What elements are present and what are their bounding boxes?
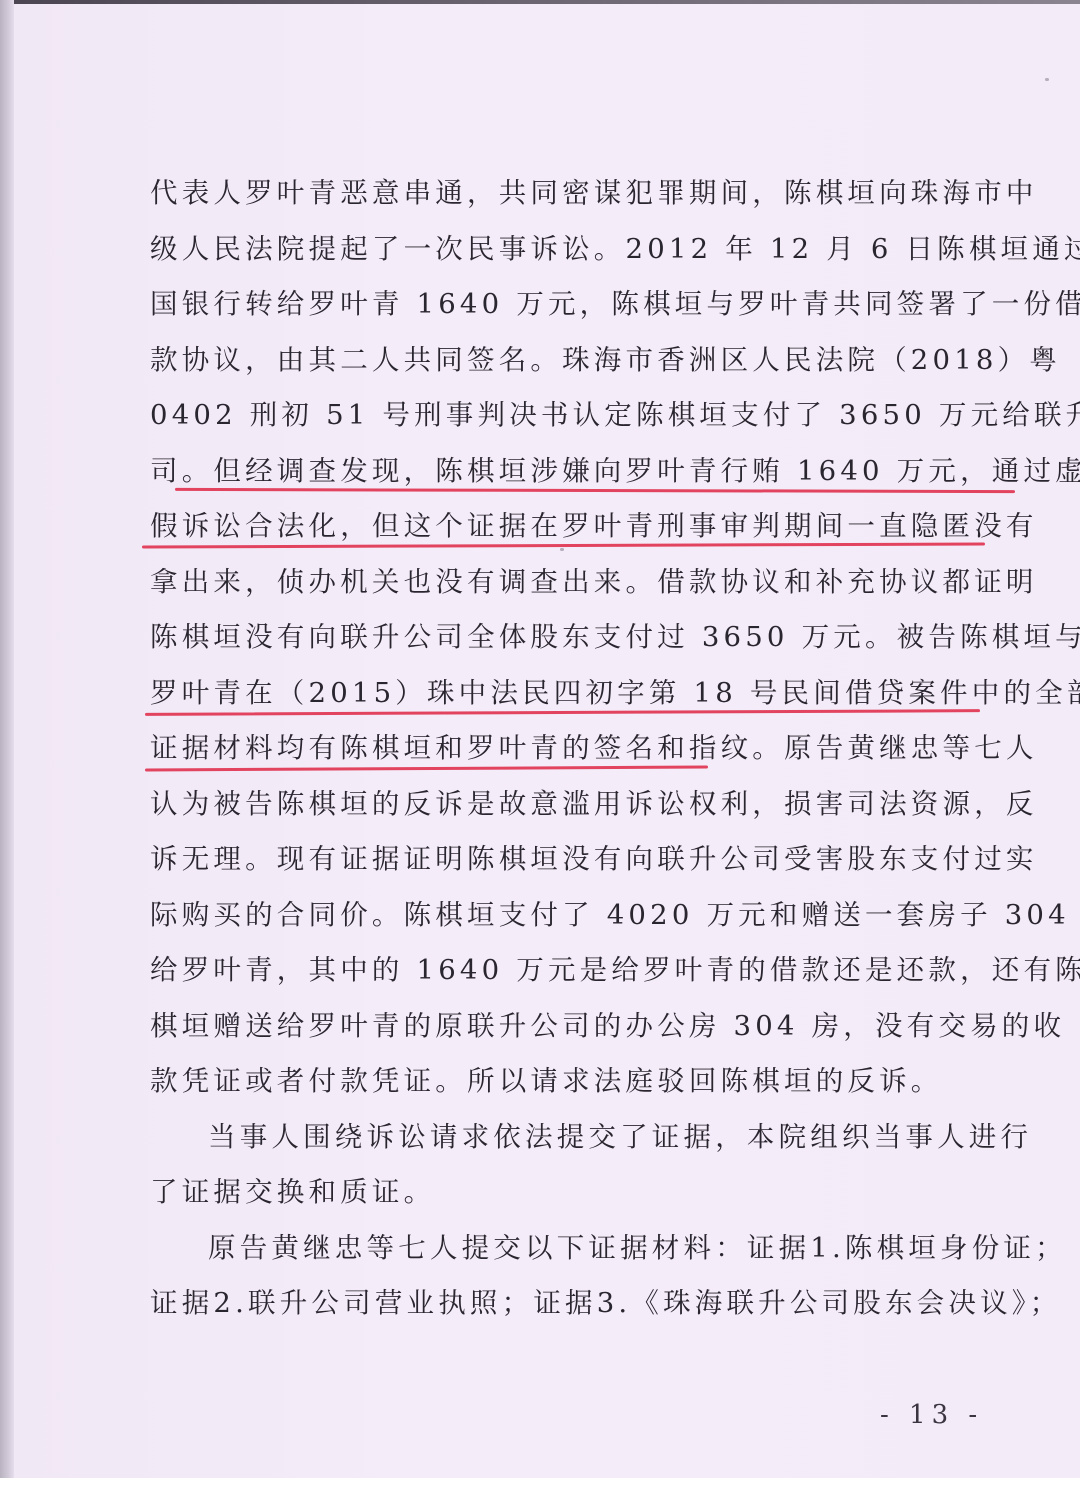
text-line: 诉无理。现有证据证明陈棋垣没有向联升公司受害股东支付过实 [150, 832, 960, 888]
text-line: 棋垣赠送给罗叶青的原联升公司的办公房 304 房，没有交易的收 [150, 999, 960, 1055]
text-line: 级人民法院提起了一次民事诉讼。2012 年 12 月 6 日陈棋垣通过中 [150, 222, 960, 278]
scan-speck [1045, 78, 1049, 81]
page-bottom-margin [0, 1478, 1080, 1498]
page-number: - 13 - [880, 1400, 983, 1430]
document-body: 代表人罗叶青恶意串通，共同密谋犯罪期间，陈棋垣向珠海市中 级人民法院提起了一次民… [150, 166, 960, 1332]
text-line: 认为被告陈棋垣的反诉是故意滥用诉讼权利，损害司法资源，反 [150, 777, 960, 833]
text-line: 际购买的合同价。陈棋垣支付了 4020 万元和赠送一套房子 304 房 [150, 888, 960, 944]
text-line: 款协议，由其二人共同签名。珠海市香洲区人民法院（2018）粤 [150, 333, 960, 389]
text-line: 0402 刑初 51 号刑事判决书认定陈棋垣支付了 3650 万元给联升公 [150, 388, 960, 444]
scan-speck [560, 548, 564, 551]
text-line: 款凭证或者付款凭证。所以请求法庭驳回陈棋垣的反诉。 [150, 1054, 960, 1110]
text-line: 证据2.联升公司营业执照；证据3.《珠海联升公司股东会决议》； [150, 1276, 960, 1332]
page-top-edge [0, 0, 1080, 4]
paragraph-start-line: 当事人围绕诉讼请求依法提交了证据，本院组织当事人进行 [150, 1110, 960, 1166]
text-line: 陈棋垣没有向联升公司全体股东支付过 3650 万元。被告陈棋垣与 [150, 610, 960, 666]
text-line: 拿出来，侦办机关也没有调查出来。借款协议和补充协议都证明 [150, 555, 960, 611]
paragraph-start-line: 原告黄继忠等七人提交以下证据材料：证据1.陈棋垣身份证； [150, 1221, 960, 1277]
scanned-page: 代表人罗叶青恶意串通，共同密谋犯罪期间，陈棋垣向珠海市中 级人民法院提起了一次民… [0, 0, 1080, 1478]
page-left-edge [0, 0, 14, 1478]
text-line: 国银行转给罗叶青 1640 万元，陈棋垣与罗叶青共同签署了一份借 [150, 277, 960, 333]
text-line: 给罗叶青，其中的 1640 万元是给罗叶青的借款还是还款，还有陈 [150, 943, 960, 999]
text-line: 代表人罗叶青恶意串通，共同密谋犯罪期间，陈棋垣向珠海市中 [150, 166, 960, 222]
text-line: 了证据交换和质证。 [150, 1165, 960, 1221]
scan-speck [752, 960, 754, 968]
